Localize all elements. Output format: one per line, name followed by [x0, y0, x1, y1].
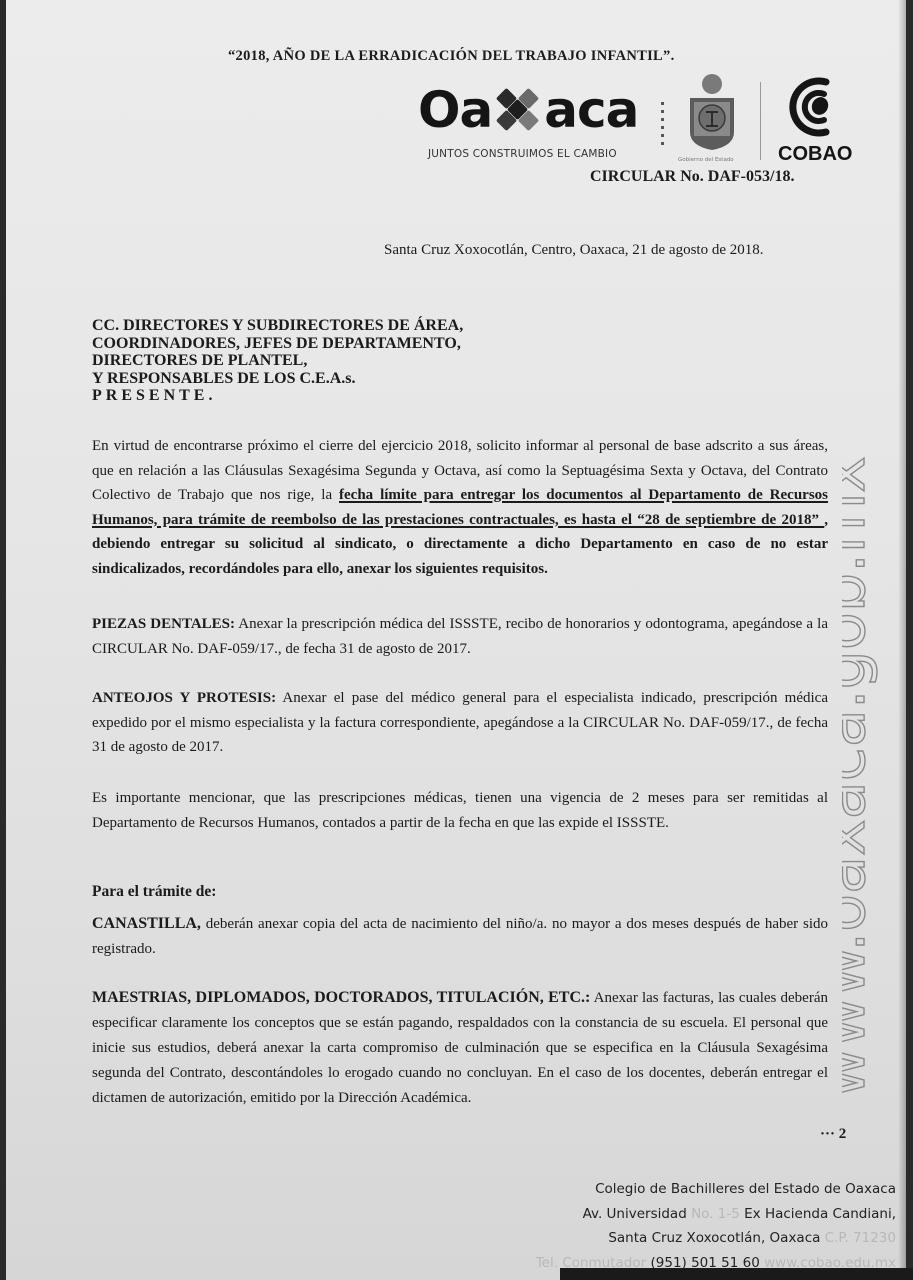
watermark-text: www.oaxaca.gob.mx — [842, 456, 879, 1098]
addressee-block: CC. DIRECTORES Y SUBDIRECTORES DE ÁREA, … — [92, 317, 463, 405]
intro-paragraph: En virtud de encontrarse próximo el cier… — [92, 434, 828, 581]
logo-divider — [760, 82, 761, 160]
state-coat-of-arms-icon — [686, 72, 738, 152]
dental-paragraph: PIEZAS DENTALES: Anexar la prescripción … — [92, 612, 828, 661]
background-surface — [560, 1268, 913, 1280]
oaxaca-tagline: JUNTOS CONSTRUIMOS EL CAMBIO — [428, 148, 617, 160]
procedure-heading: Para el trámite de: — [92, 880, 828, 905]
oaxaca-logo: Oa aca — [418, 82, 638, 138]
footer-street-line: Av. Universidad No. 1-5 Ex Hacienda Cand… — [536, 1202, 896, 1227]
addressee-line: DIRECTORES DE PLANTEL, — [92, 352, 463, 370]
glasses-heading: ANTEOJOS Y PROTESIS: — [92, 690, 276, 706]
footer-city-line: Santa Cruz Xoxocotlán, Oaxaca C.P. 71230 — [536, 1226, 896, 1251]
oaxaca-x-diamonds-icon — [493, 89, 543, 129]
footer-street: Av. Universidad — [583, 1206, 687, 1222]
oaxaca-logo-text-end: aca — [544, 81, 638, 139]
footer-city: Santa Cruz Xoxocotlán, Oaxaca — [608, 1230, 820, 1246]
cobao-logo-icon — [782, 74, 838, 138]
state-government-label: Gobierno del Estado — [678, 157, 734, 163]
studies-heading: MAESTRIAS, DIPLOMADOS, DOCTORADOS, TITUL… — [92, 989, 590, 1006]
footer-institution: Colegio de Bachilleres del Estado de Oax… — [536, 1177, 896, 1202]
document-page: “2018, AÑO DE LA ERRADICACIÓN DEL TRABAJ… — [6, 0, 906, 1280]
year-motto: “2018, AÑO DE LA ERRADICACIÓN DEL TRABAJ… — [228, 48, 675, 65]
canastilla-heading: CANASTILLA, — [92, 915, 201, 932]
oaxaca-logo-text-start: Oa — [418, 81, 492, 139]
studies-paragraph: MAESTRIAS, DIPLOMADOS, DOCTORADOS, TITUL… — [92, 985, 828, 1111]
page-continuation: ··· 2 — [820, 1126, 846, 1143]
addressee-line: Y RESPONSABLES DE LOS C.E.A.s. — [92, 370, 463, 388]
dotted-separator — [661, 102, 664, 148]
studies-text: Anexar las facturas, las cuales deberán … — [92, 990, 828, 1106]
validity-paragraph: Es importante mencionar, que las prescri… — [92, 786, 828, 835]
circular-number: CIRCULAR No. DAF-053/18. — [590, 168, 794, 186]
dental-heading: PIEZAS DENTALES: — [92, 616, 235, 632]
cobao-logo-text: COBAO — [778, 143, 852, 166]
canastilla-text: deberán anexar copia del acta de nacimie… — [92, 916, 828, 957]
footer-neighborhood: Ex Hacienda Candiani, — [744, 1206, 896, 1222]
footer-zip: C.P. 71230 — [825, 1230, 896, 1246]
footer-street-number: No. 1-5 — [691, 1206, 740, 1222]
place-and-date: Santa Cruz Xoxocotlán, Centro, Oaxaca, 2… — [384, 242, 763, 259]
watermark: www.oaxaca.gob.mx — [842, 208, 902, 1108]
presente-line: PRESENTE. — [92, 387, 463, 405]
addressee-line: CC. DIRECTORES Y SUBDIRECTORES DE ÁREA, — [92, 317, 463, 335]
addressee-line: COORDINADORES, JEFES DE DEPARTAMENTO, — [92, 335, 463, 353]
canastilla-paragraph: CANASTILLA, deberán anexar copia del act… — [92, 912, 828, 961]
glasses-paragraph: ANTEOJOS Y PROTESIS: Anexar el pase del … — [92, 686, 828, 760]
page-edge-shadow — [898, 0, 906, 1280]
footer-address: Colegio de Bachilleres del Estado de Oax… — [536, 1177, 896, 1275]
